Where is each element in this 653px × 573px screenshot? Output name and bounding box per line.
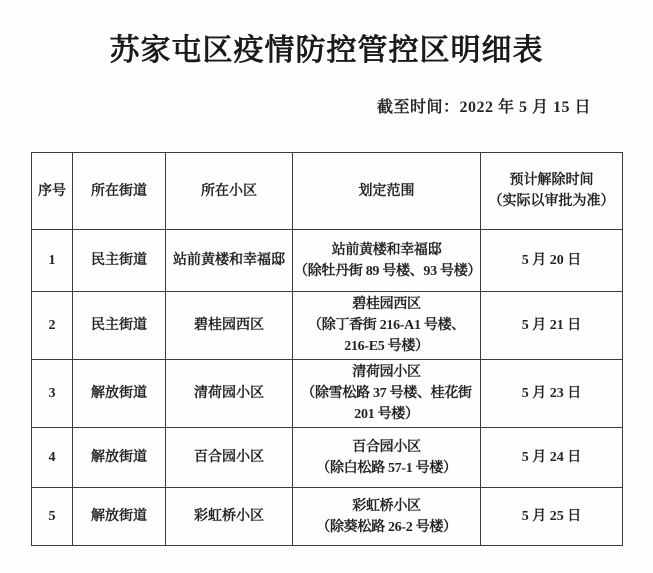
cell-community: 彩虹桥小区 [166,488,293,546]
table-row: 1 民主街道 站前黄楼和幸福邸 站前黄楼和幸福邸 （除牡丹街 89 号楼、93 … [32,230,623,292]
header-release-time: 预计解除时间 （实际以审批为准） [481,153,623,230]
table-body: 1 民主街道 站前黄楼和幸福邸 站前黄楼和幸福邸 （除牡丹街 89 号楼、93 … [32,230,623,546]
cell-index: 1 [32,230,73,292]
cell-community: 百合园小区 [166,428,293,488]
document-page: { "page": { "title": "苏家屯区疫情防控管控区明细表", "… [0,0,653,573]
cell-scope: 清荷园小区 （除雪松路 37 号楼、桂花街 201 号楼） [293,360,481,428]
table-row: 2 民主街道 碧桂园西区 碧桂园西区 （除丁香街 216-A1 号楼、 216-… [32,292,623,360]
header-community: 所在小区 [166,153,293,230]
cell-scope: 百合园小区 （除白松路 57-1 号楼） [293,428,481,488]
cell-index: 2 [32,292,73,360]
cell-index: 5 [32,488,73,546]
cell-street: 民主街道 [73,230,166,292]
cell-community: 站前黄楼和幸福邸 [166,230,293,292]
cell-scope: 站前黄楼和幸福邸 （除牡丹街 89 号楼、93 号楼） [293,230,481,292]
page-title: 苏家屯区疫情防控管控区明细表 [0,0,653,69]
header-index: 序号 [32,153,73,230]
table-row: 3 解放街道 清荷园小区 清荷园小区 （除雪松路 37 号楼、桂花街 201 号… [32,360,623,428]
cell-release: 5 月 25 日 [481,488,623,546]
control-zones-table: 序号 所在街道 所在小区 划定范围 预计解除时间 （实际以审批为准） 1 民主街… [31,152,623,546]
cell-scope: 彩虹桥小区 （除葵松路 26-2 号楼） [293,488,481,546]
cell-street: 解放街道 [73,428,166,488]
cell-release: 5 月 21 日 [481,292,623,360]
cell-release: 5 月 23 日 [481,360,623,428]
cell-street: 解放街道 [73,360,166,428]
cell-community: 清荷园小区 [166,360,293,428]
cell-community: 碧桂园西区 [166,292,293,360]
as-of-date: 截至时间：2022 年 5 月 15 日 [0,94,591,117]
cell-index: 3 [32,360,73,428]
cell-release: 5 月 24 日 [481,428,623,488]
cell-street: 解放街道 [73,488,166,546]
cell-release: 5 月 20 日 [481,230,623,292]
header-scope: 划定范围 [293,153,481,230]
cell-street: 民主街道 [73,292,166,360]
table-row: 5 解放街道 彩虹桥小区 彩虹桥小区 （除葵松路 26-2 号楼） 5 月 25… [32,488,623,546]
cell-index: 4 [32,428,73,488]
cell-scope: 碧桂园西区 （除丁香街 216-A1 号楼、 216-E5 号楼） [293,292,481,360]
table-row: 4 解放街道 百合园小区 百合园小区 （除白松路 57-1 号楼） 5 月 24… [32,428,623,488]
header-street: 所在街道 [73,153,166,230]
header-row: 序号 所在街道 所在小区 划定范围 预计解除时间 （实际以审批为准） [32,153,623,230]
